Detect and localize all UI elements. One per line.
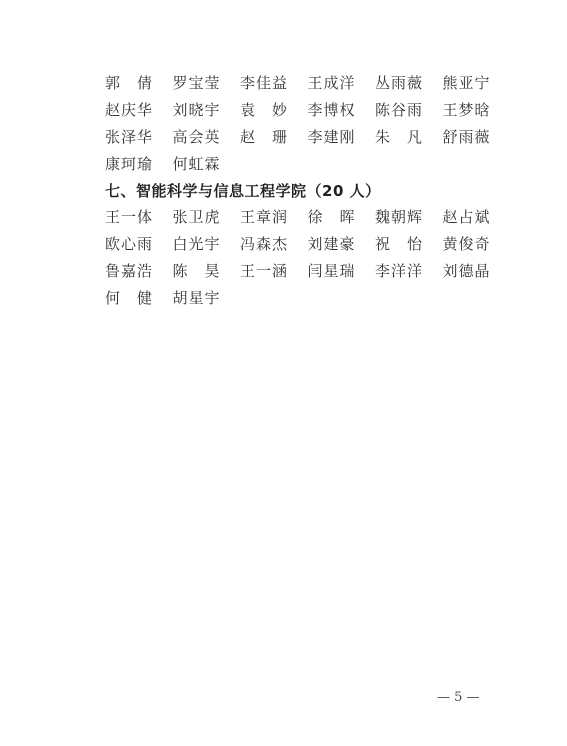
name: 冯森杰 bbox=[240, 231, 308, 257]
name: 闫星瑞 bbox=[308, 258, 376, 284]
name: 王一体 bbox=[105, 204, 173, 230]
name: 刘德晶 bbox=[443, 258, 511, 284]
name: 刘建豪 bbox=[308, 231, 376, 257]
name: 赵 珊 bbox=[240, 124, 308, 150]
name: 何虹霖 bbox=[173, 151, 241, 177]
name: 李洋洋 bbox=[375, 258, 443, 284]
name: 何 健 bbox=[105, 285, 173, 311]
name: 赵占斌 bbox=[443, 204, 511, 230]
document-page: 郭 倩 罗宝莹 李佳益 王成洋 丛雨薇 熊亚宁 赵庆华 刘晓宇 袁 妙 李博权 … bbox=[0, 0, 567, 746]
name: 王成洋 bbox=[308, 70, 376, 96]
name-row: 欧心雨 白光宇 冯森杰 刘建豪 祝 怡 黄俊奇 bbox=[105, 231, 510, 257]
name: 张泽华 bbox=[105, 124, 173, 150]
name: 丛雨薇 bbox=[375, 70, 443, 96]
name: 王一涵 bbox=[240, 258, 308, 284]
name: 鲁嘉浩 bbox=[105, 258, 173, 284]
name: 张卫虎 bbox=[173, 204, 241, 230]
name: 刘晓宇 bbox=[173, 97, 241, 123]
name: 徐 晖 bbox=[308, 204, 376, 230]
name: 王梦晗 bbox=[443, 97, 511, 123]
name: 李博权 bbox=[308, 97, 376, 123]
name: 祝 怡 bbox=[375, 231, 443, 257]
name: 黄俊奇 bbox=[443, 231, 511, 257]
name: 罗宝莹 bbox=[173, 70, 241, 96]
name-row: 郭 倩 罗宝莹 李佳益 王成洋 丛雨薇 熊亚宁 bbox=[105, 70, 510, 96]
name-row: 王一体 张卫虎 王章润 徐 晖 魏朝辉 赵占斌 bbox=[105, 204, 510, 230]
name: 李佳益 bbox=[240, 70, 308, 96]
name: 赵庆华 bbox=[105, 97, 173, 123]
name: 陈谷雨 bbox=[375, 97, 443, 123]
name-row: 赵庆华 刘晓宇 袁 妙 李博权 陈谷雨 王梦晗 bbox=[105, 97, 510, 123]
page-number: — 5 — bbox=[437, 690, 480, 705]
name: 郭 倩 bbox=[105, 70, 173, 96]
name: 魏朝辉 bbox=[375, 204, 443, 230]
name: 陈 昊 bbox=[173, 258, 241, 284]
name: 朱 凡 bbox=[375, 124, 443, 150]
name: 高会英 bbox=[173, 124, 241, 150]
name: 胡星宇 bbox=[173, 285, 241, 311]
name: 康珂瑜 bbox=[105, 151, 173, 177]
name: 李建刚 bbox=[308, 124, 376, 150]
name-row: 何 健 胡星宇 bbox=[105, 285, 240, 311]
name: 袁 妙 bbox=[240, 97, 308, 123]
section-heading: 七、智能科学与信息工程学院（20 人） bbox=[105, 178, 381, 204]
name: 舒雨薇 bbox=[443, 124, 511, 150]
name: 欧心雨 bbox=[105, 231, 173, 257]
name-row: 康珂瑜 何虹霖 bbox=[105, 151, 240, 177]
name: 白光宇 bbox=[173, 231, 241, 257]
name-row: 张泽华 高会英 赵 珊 李建刚 朱 凡 舒雨薇 bbox=[105, 124, 510, 150]
name-row: 鲁嘉浩 陈 昊 王一涵 闫星瑞 李洋洋 刘德晶 bbox=[105, 258, 510, 284]
name: 王章润 bbox=[240, 204, 308, 230]
name: 熊亚宁 bbox=[443, 70, 511, 96]
